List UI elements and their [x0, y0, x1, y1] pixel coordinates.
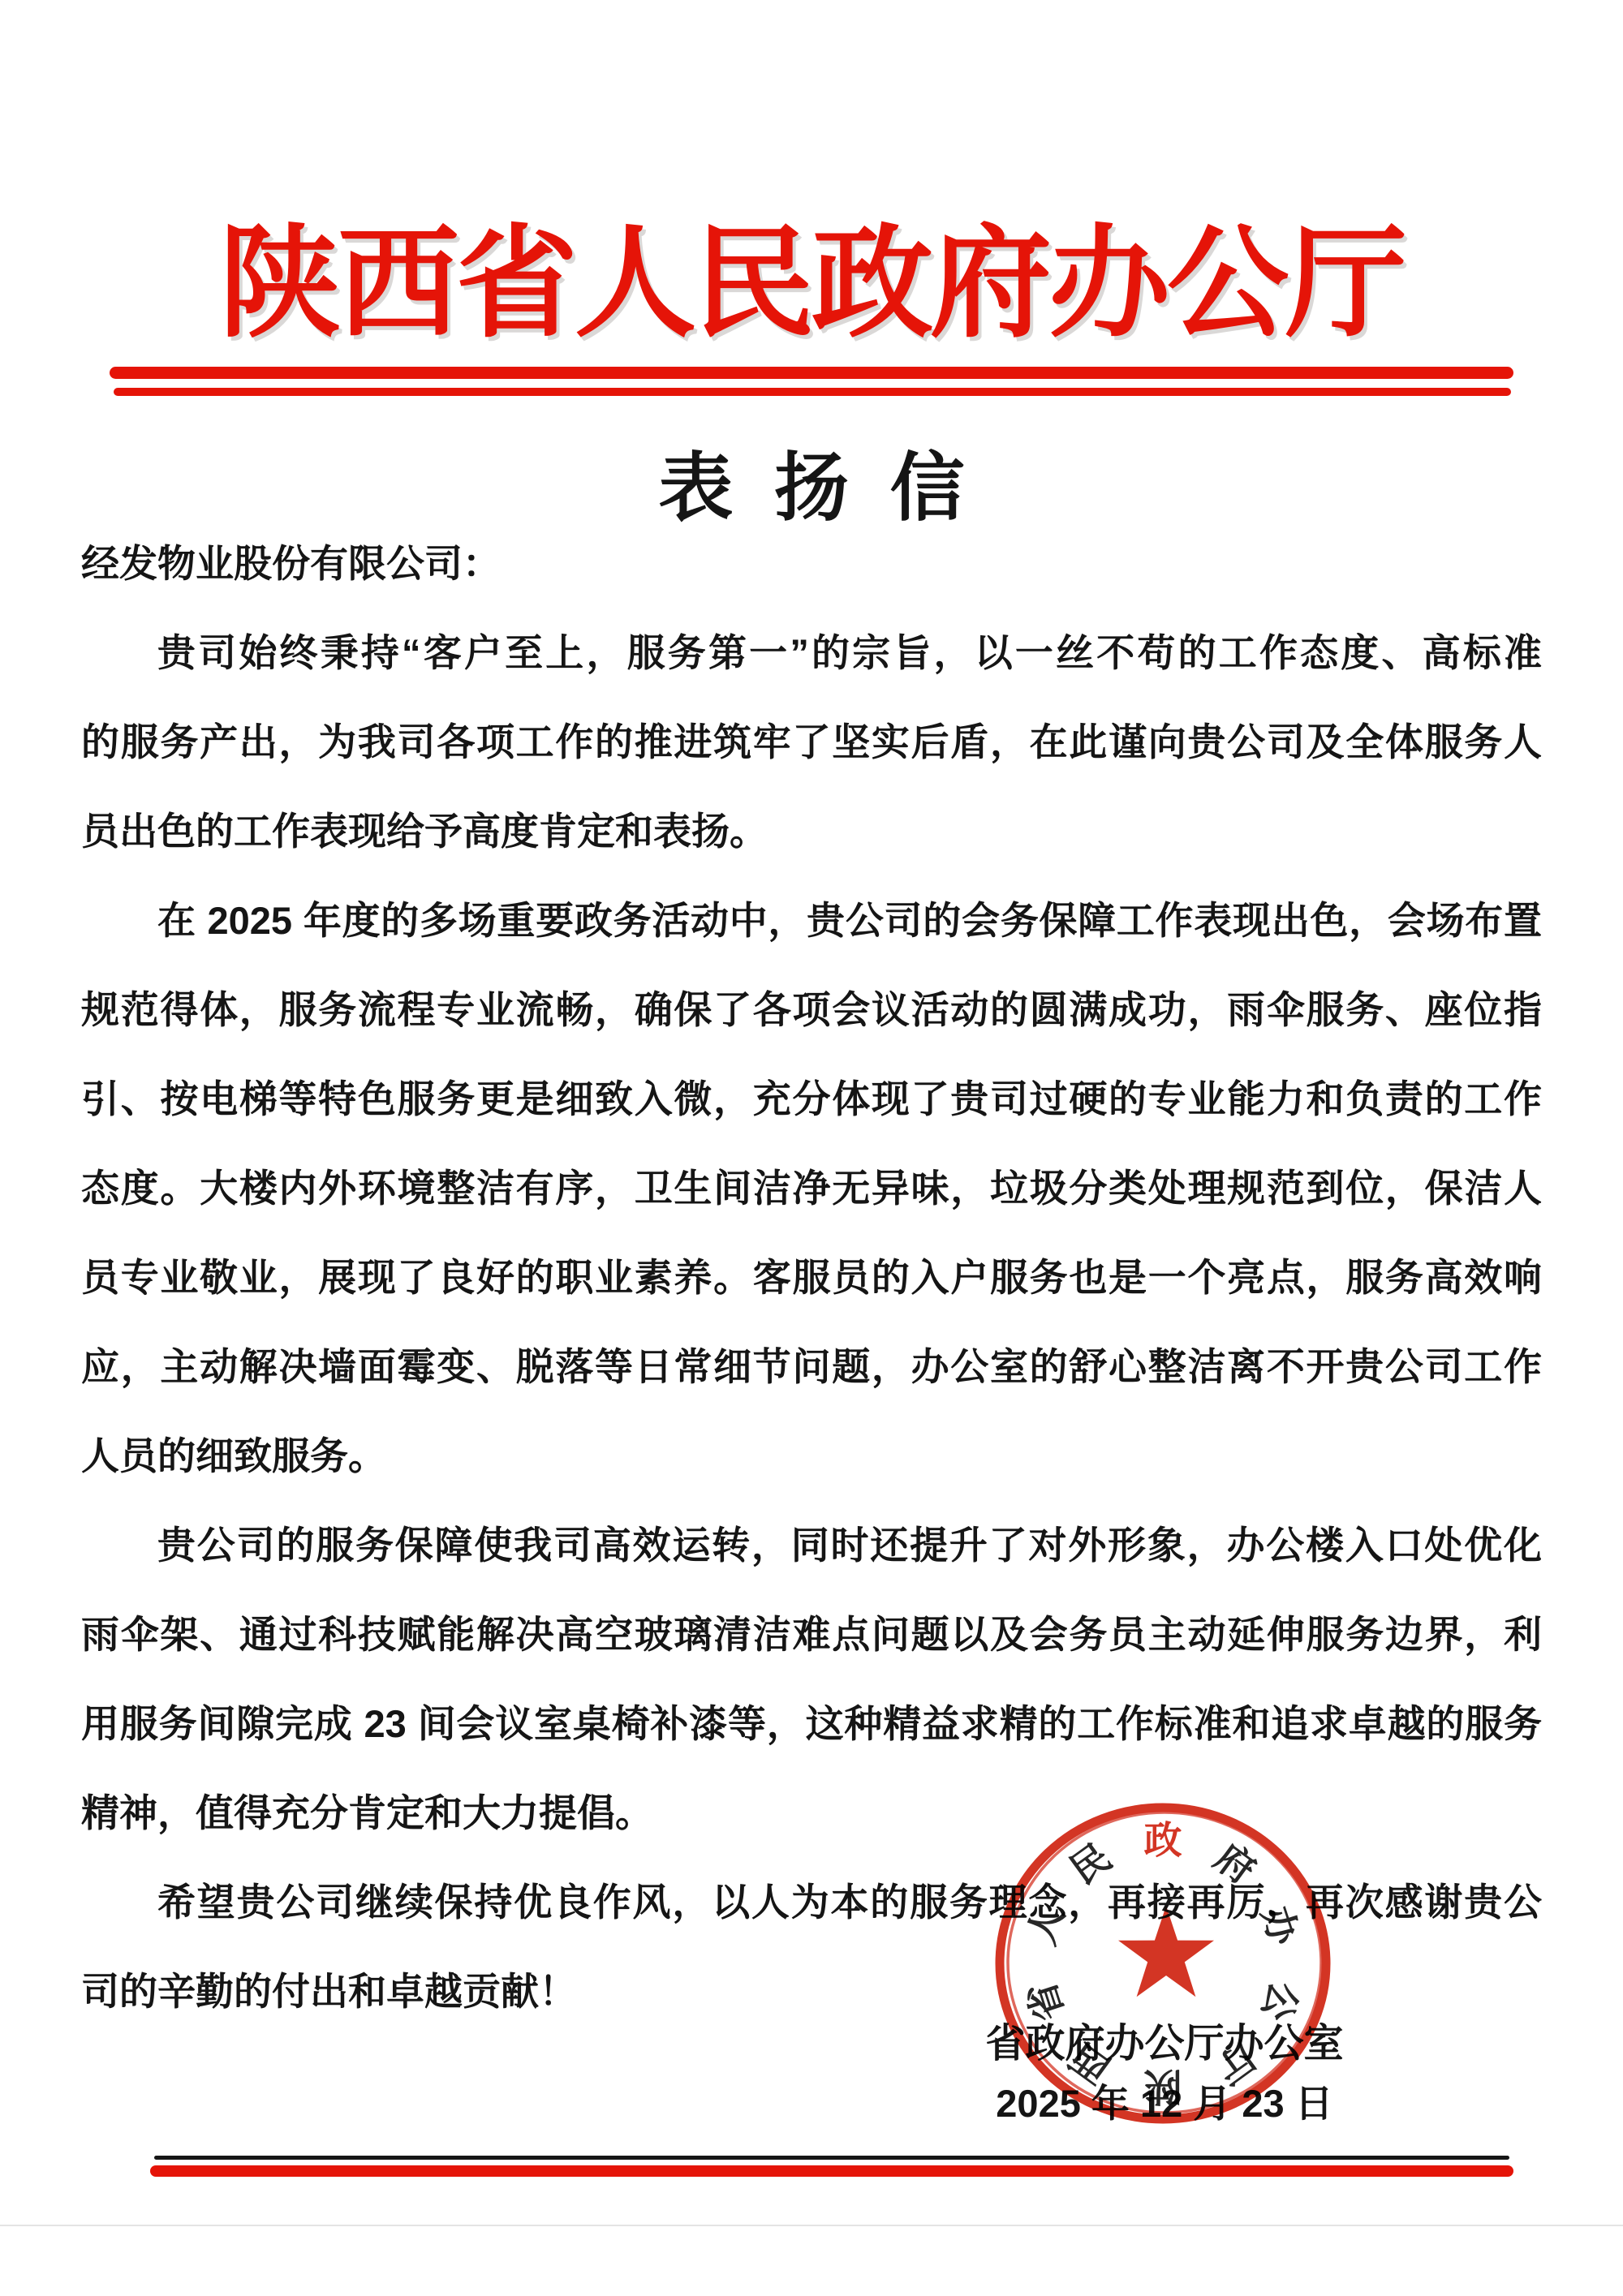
footer-rule-black — [154, 2156, 1509, 2160]
body-line: 引、按电梯等特色服务更是细致入微，充分体现了贵司过硬的专业能力和负责的工作 — [81, 1055, 1542, 1144]
body-line: 的服务产出，为我司各项工作的推进筑牢了坚实后盾，在此谨向贵公司及全体服务人 — [81, 698, 1542, 787]
body-line: 员专业敬业，展现了良好的职业素养。客服员的入户服务也是一个亮点，服务高效响 — [81, 1233, 1542, 1322]
seal-star-icon — [1118, 1906, 1214, 1997]
seal-arc-char: 政 — [1144, 1819, 1182, 1862]
seal-arc-char: 办 — [1254, 1900, 1307, 1951]
body-line: 规范得体，服务流程专业流畅，确保了各项会议活动的圆满成功，雨伞服务、座位指 — [81, 965, 1542, 1055]
body-line: 贵司始终秉持“客户至上，服务第一”的宗旨，以一丝不苟的工作态度、高标准 — [81, 608, 1542, 698]
salutation-line: 经发物业股份有限公司： — [81, 519, 1542, 608]
official-seal: 陕西省人民政府办公厅 — [966, 1773, 1363, 2154]
seal-arc-char: 陕 — [1144, 2066, 1182, 2109]
body-line: 用服务间隙完成 23 间会议室桌椅补漆等，这种精益求精的工作标准和追求卓越的服务 — [81, 1679, 1542, 1769]
page-edge-line — [0, 2225, 1623, 2226]
seal-arc-char: 人 — [1019, 1900, 1072, 1950]
seal-arc-char: 厅 — [1208, 2035, 1264, 2092]
commendation-letter-page: 陕西省人民政府办公厅 表扬信 经发物业股份有限公司：贵司始终秉持“客户至上，服务… — [0, 0, 1623, 2296]
body-line: 员出色的工作表现给予高度肯定和表扬。 — [81, 787, 1542, 876]
footer-rule-red — [150, 2165, 1513, 2177]
body-line: 态度。大楼内外环境整洁有序，卫生间洁净无异味，垃圾分类处理规范到位，保洁人 — [81, 1144, 1542, 1233]
letterhead-rule-top — [110, 367, 1513, 379]
body-line: 雨伞架、通过科技赋能解决高空玻璃清洁难点问题以及会务员主动延伸服务边界，利 — [81, 1590, 1542, 1679]
body-line: 人员的细致服务。 — [81, 1412, 1542, 1501]
seal-arc-char: 府 — [1208, 1835, 1264, 1893]
body-line: 在 2025 年度的多场重要政务活动中，贵公司的会务保障工作表现出色，会场布置 — [81, 876, 1542, 965]
body-line: 贵公司的服务保障使我司高效运转，同时还提升了对外形象，办公楼入口处优化 — [81, 1501, 1542, 1590]
body-line: 应，主动解决墙面霉变、脱落等日常细节问题，办公室的舒心整洁离不开贵公司工作 — [81, 1322, 1542, 1412]
seal-arc-char: 省 — [1019, 1976, 1072, 2026]
letterhead-rule-bottom — [114, 388, 1511, 396]
letterhead-org-title: 陕西省人民政府办公厅 — [0, 209, 1623, 362]
seal-arc-char: 公 — [1254, 1976, 1307, 2026]
